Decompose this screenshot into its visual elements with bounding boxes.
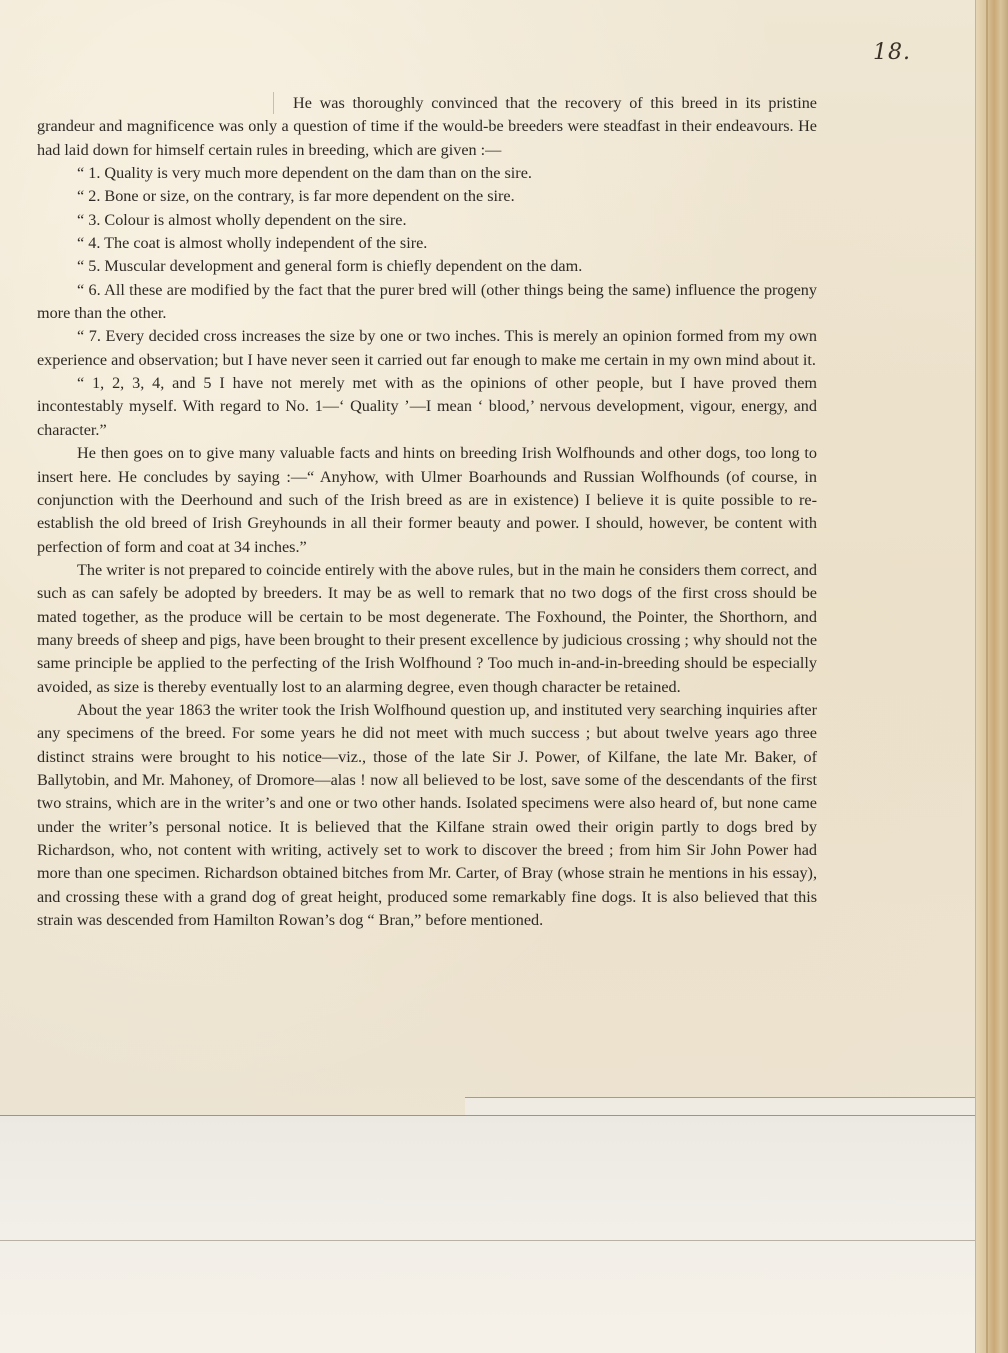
handwritten-page-number: 18.	[873, 40, 911, 65]
rule-7: “ 7. Every decided cross increases the s…	[37, 325, 817, 372]
rule-4: “ 4. The coat is almost wholly independe…	[37, 232, 817, 255]
rules-commentary: “ 1, 2, 3, 4, and 5 I have not merely me…	[37, 372, 817, 442]
paragraph-intro: He was thoroughly convinced that the rec…	[37, 92, 817, 162]
article-text: He was thoroughly convinced that the rec…	[37, 92, 817, 932]
rule-6: “ 6. All these are modified by the fact …	[37, 279, 817, 326]
rule-5: “ 5. Muscular development and general fo…	[37, 255, 817, 278]
rule-1: “ 1. Quality is very much more dependent…	[37, 162, 817, 185]
rule-3: “ 3. Colour is almost wholly dependent o…	[37, 209, 817, 232]
binding-spine	[975, 0, 1008, 1353]
blank-paper-area	[0, 1115, 975, 1353]
rule-2: “ 2. Bone or size, on the contrary, is f…	[37, 185, 817, 208]
paragraph-conclusion-quote: He then goes on to give many valuable fa…	[37, 442, 817, 559]
paragraph-strains-history: About the year 1863 the writer took the …	[37, 699, 817, 932]
paragraph-writer-opinion: The writer is not prepared to coincide e…	[37, 559, 817, 699]
